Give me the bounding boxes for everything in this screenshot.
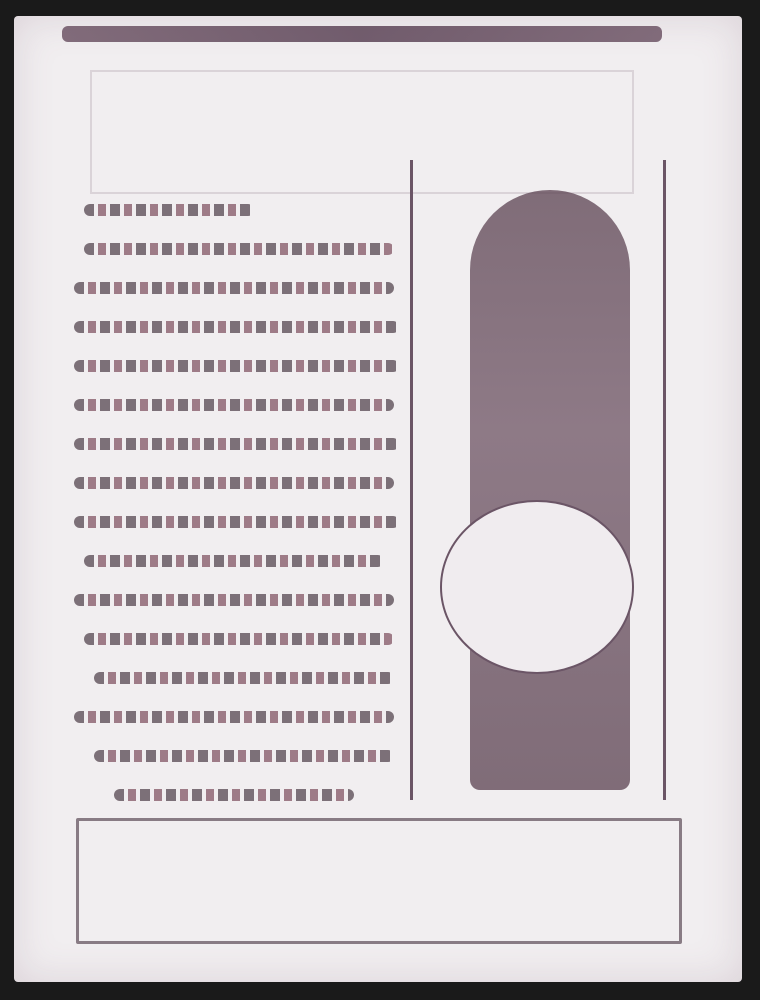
script-line [74, 619, 404, 655]
script-line [74, 736, 404, 772]
asemic-text-block [74, 190, 404, 790]
script-line [74, 463, 404, 499]
figure-skirt-highlight [440, 500, 634, 674]
script-line [74, 658, 404, 694]
script-line [74, 229, 404, 265]
top-ink-bar [62, 26, 662, 42]
script-line [74, 190, 404, 226]
script-line [74, 385, 404, 421]
script-line [74, 424, 404, 460]
script-line [74, 580, 404, 616]
script-line [74, 346, 404, 382]
script-line [74, 697, 404, 733]
figure-dress [470, 190, 630, 790]
bottom-empty-box [76, 818, 682, 944]
script-line [74, 541, 404, 577]
script-line [74, 502, 404, 538]
script-line [74, 775, 404, 811]
script-line [74, 268, 404, 304]
script-line [74, 307, 404, 343]
